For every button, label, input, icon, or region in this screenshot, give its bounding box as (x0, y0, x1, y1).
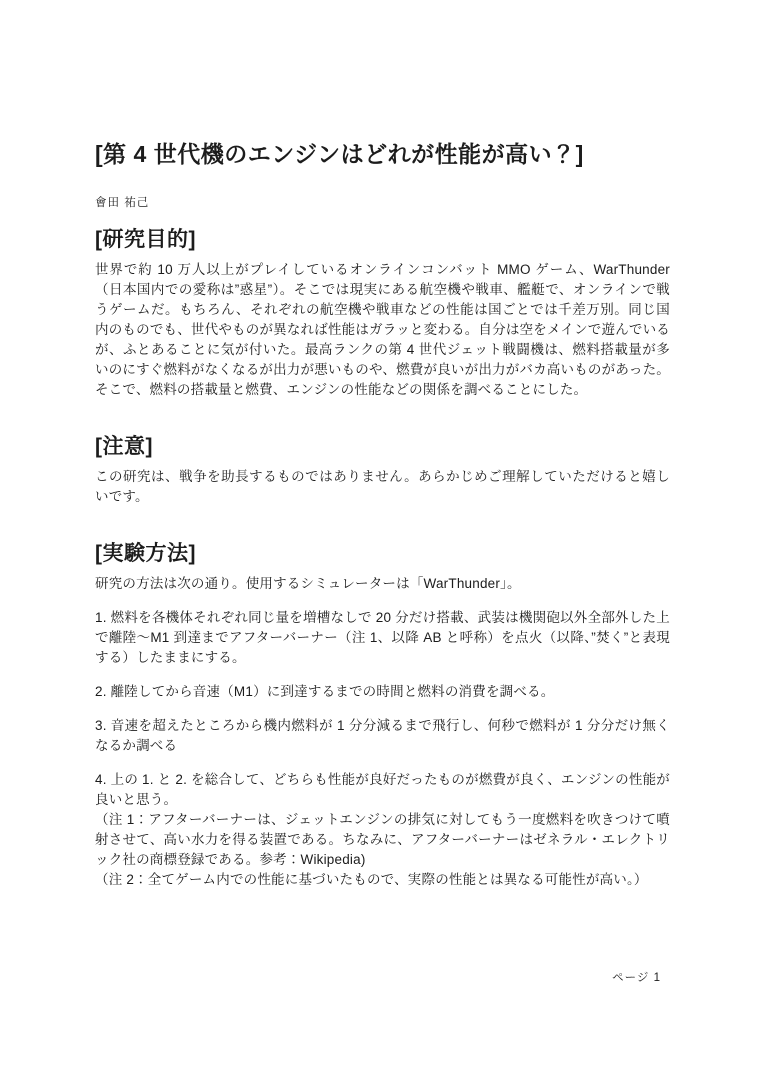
sections-container: [研究目的] 世界で約 10 万人以上がプレイしているオンラインコンバット MM… (95, 227, 670, 891)
paragraph: 4. 上の 1. と 2. を総合して、どちらも性能が良好だったものが燃費が良く… (95, 770, 670, 890)
document-section: [研究目的] 世界で約 10 万人以上がプレイしているオンラインコンバット MM… (95, 227, 670, 400)
section-body: 世界で約 10 万人以上がプレイしているオンラインコンバット MMO ゲーム、W… (95, 260, 670, 400)
section-heading: [研究目的] (95, 227, 670, 252)
paragraph: 3. 音速を超えたところから機内燃料が 1 分分減るまで飛行し、何秒で燃料が 1… (95, 716, 670, 756)
document-section: [実験方法] 研究の方法は次の通り。使用するシミュレーターは「WarThunde… (95, 541, 670, 890)
section-heading: [実験方法] (95, 541, 670, 566)
paragraph: この研究は、戦争を助長するものではありません。あらかじめご理解していただけると嬉… (95, 467, 670, 507)
paragraph: 2. 離陸してから音速（M1）に到達するまでの時間と燃料の消費を調べる。 (95, 682, 670, 702)
document-title: [第 4 世代機のエンジンはどれが性能が高い？] (95, 140, 670, 170)
paragraph: 世界で約 10 万人以上がプレイしているオンラインコンバット MMO ゲーム、W… (95, 260, 670, 400)
document-section: [注意] この研究は、戦争を助長するものではありません。あらかじめご理解していた… (95, 434, 670, 507)
document-content: [第 4 世代機のエンジンはどれが性能が高い？] 會田 祐己 [研究目的] 世界… (95, 140, 670, 890)
section-body: この研究は、戦争を助長するものではありません。あらかじめご理解していただけると嬉… (95, 467, 670, 507)
document-page: [第 4 世代機のエンジンはどれが性能が高い？] 會田 祐己 [研究目的] 世界… (0, 0, 763, 1080)
paragraph: 1. 燃料を各機体それぞれ同じ量を増槽なしで 20 分だけ搭載、武装は機関砲以外… (95, 608, 670, 668)
section-heading: [注意] (95, 434, 670, 459)
section-body: 研究の方法は次の通り。使用するシミュレーターは「WarThunder」。1. 燃… (95, 574, 670, 890)
paragraph: 研究の方法は次の通り。使用するシミュレーターは「WarThunder」。 (95, 574, 670, 594)
author-name: 會田 祐己 (95, 194, 670, 210)
page-number: ページ 1 (612, 969, 661, 985)
